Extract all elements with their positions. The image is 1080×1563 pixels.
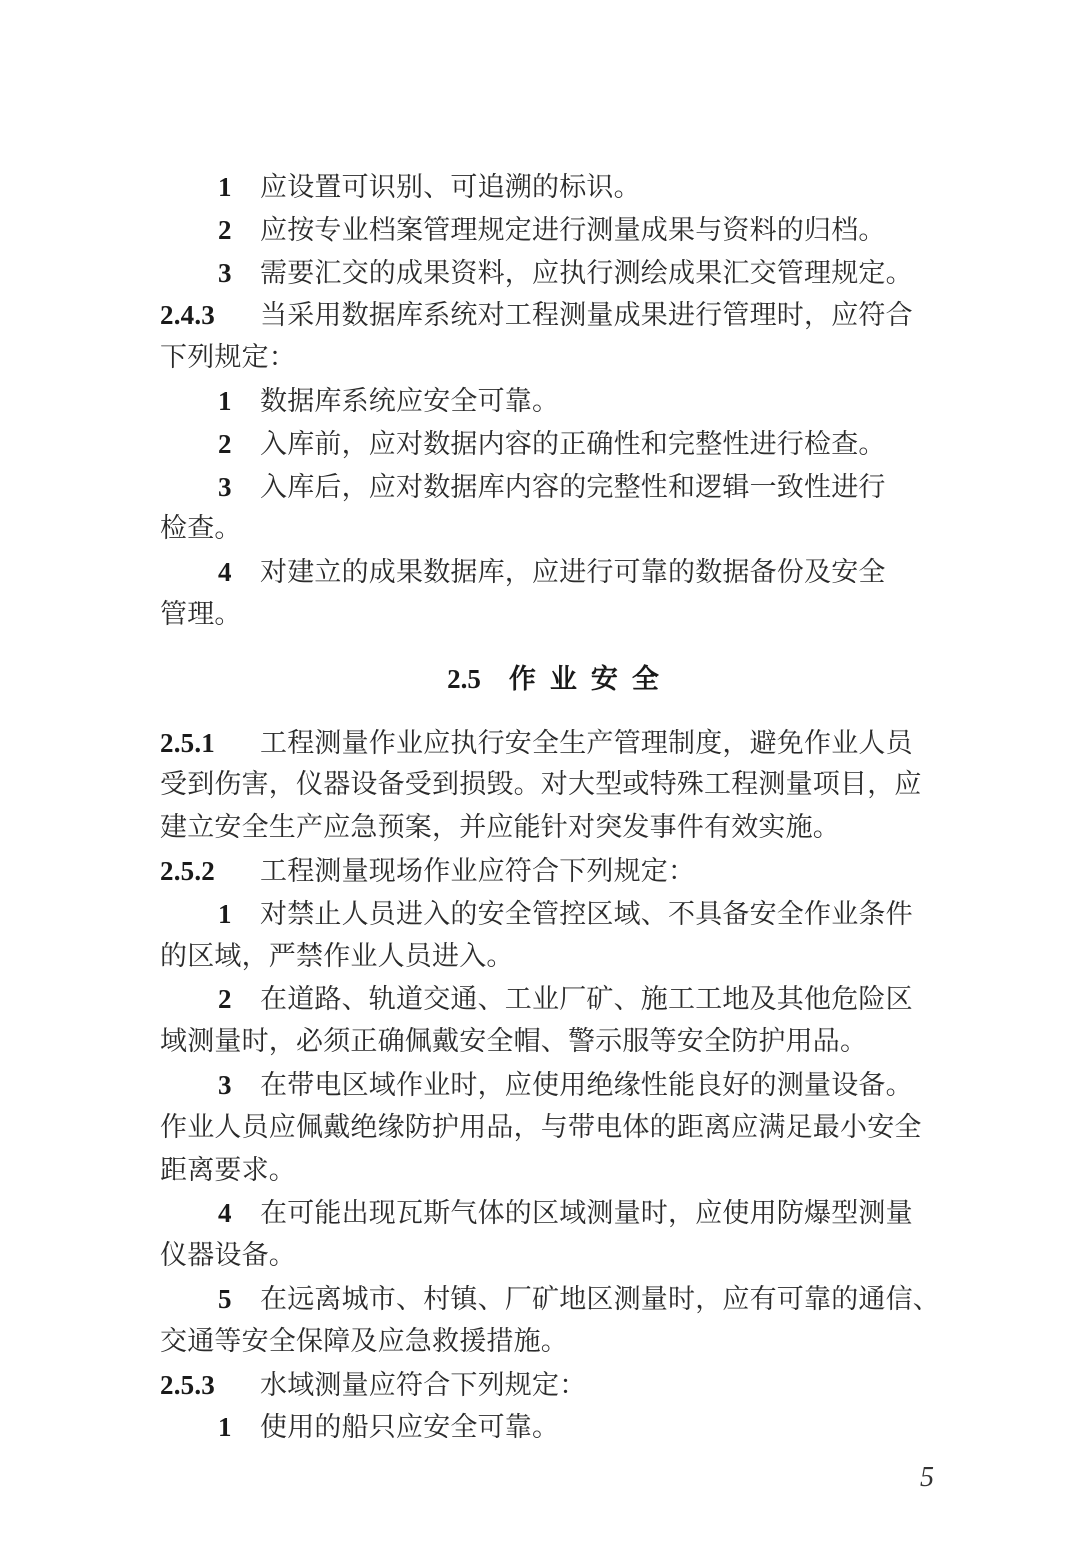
clause-text: 工程测量现场作业应符合下列规定： xyxy=(260,856,695,887)
item-text: 对建立的成果数据库，应进行可靠的数据备份及安全 xyxy=(260,557,886,588)
list-item: 4对建立的成果数据库，应进行可靠的数据备份及安全 xyxy=(160,551,960,594)
item-number: 2 xyxy=(218,209,260,252)
item-text-continued: 检查。 xyxy=(160,508,960,551)
item-text-continued: 交通等安全保障及应急救援措施。 xyxy=(160,1321,960,1364)
section-number: 2.5 xyxy=(447,664,481,694)
list-item: 1数据库系统应安全可靠。 xyxy=(160,380,960,423)
item-number: 1 xyxy=(218,166,260,209)
item-number: 1 xyxy=(218,893,260,936)
clause-2-4-3: 2.4.3当采用数据库系统对工程测量成果进行管理时，应符合 xyxy=(160,294,960,337)
section-heading: 2.5作业安全 xyxy=(160,658,960,701)
list-item: 3入库后，应对数据库内容的完整性和逻辑一致性进行 xyxy=(160,466,960,509)
item-number: 4 xyxy=(218,551,260,594)
clause-number: 2.5.2 xyxy=(160,850,260,893)
item-text: 应设置可识别、可追溯的标识。 xyxy=(260,172,641,203)
clause-number: 2.5.3 xyxy=(160,1364,260,1407)
item-text-continued: 域测量时，必须正确佩戴安全帽、警示服等安全防护用品。 xyxy=(160,1021,960,1064)
item-text: 入库前，应对数据内容的正确性和完整性进行检查。 xyxy=(260,429,886,460)
clause-text: 工程测量作业应执行安全生产管理制度，避免作业人员 xyxy=(260,728,913,759)
clause-text-continued: 受到伤害，仪器设备受到损毁。对大型或特殊工程测量项目，应 xyxy=(160,764,960,807)
clause-text: 水域测量应符合下列规定： xyxy=(260,1370,586,1401)
item-text: 在远离城市、村镇、厂矿地区测量时，应有可靠的通信、 xyxy=(260,1284,940,1315)
list-item: 2在道路、轨道交通、工业厂矿、施工工地及其他危险区 xyxy=(160,978,960,1021)
item-text-continued: 仪器设备。 xyxy=(160,1235,960,1278)
item-text: 在道路、轨道交通、工业厂矿、施工工地及其他危险区 xyxy=(260,984,913,1015)
clause-number: 2.4.3 xyxy=(160,294,260,337)
list-item: 2入库前，应对数据内容的正确性和完整性进行检查。 xyxy=(160,423,960,466)
section-title: 作业安全 xyxy=(509,664,673,695)
item-text: 在带电区域作业时，应使用绝缘性能良好的测量设备。 xyxy=(260,1070,913,1101)
item-number: 2 xyxy=(218,423,260,466)
item-number: 4 xyxy=(218,1192,260,1235)
page-number: 5 xyxy=(920,1462,934,1494)
item-number: 3 xyxy=(218,252,260,295)
item-number: 1 xyxy=(218,380,260,423)
clause-2-5-1: 2.5.1工程测量作业应执行安全生产管理制度，避免作业人员 xyxy=(160,722,960,765)
item-text: 应按专业档案管理规定进行测量成果与资料的归档。 xyxy=(260,215,886,246)
item-number: 2 xyxy=(218,978,260,1021)
item-number: 5 xyxy=(218,1278,260,1321)
clause-2-5-3: 2.5.3水域测量应符合下列规定： xyxy=(160,1364,960,1407)
clause-number: 2.5.1 xyxy=(160,722,260,765)
document-page: 1应设置可识别、可追溯的标识。 2应按专业档案管理规定进行测量成果与资料的归档。… xyxy=(160,166,960,1449)
list-item: 3需要汇交的成果资料，应执行测绘成果汇交管理规定。 xyxy=(160,252,960,295)
item-text: 数据库系统应安全可靠。 xyxy=(260,386,559,417)
item-number: 3 xyxy=(218,466,260,509)
item-text-continued: 管理。 xyxy=(160,594,960,637)
clause-2-5-2: 2.5.2工程测量现场作业应符合下列规定： xyxy=(160,850,960,893)
item-text-continued: 距离要求。 xyxy=(160,1150,960,1193)
list-item: 5在远离城市、村镇、厂矿地区测量时，应有可靠的通信、 xyxy=(160,1278,960,1321)
list-item: 1对禁止人员进入的安全管控区域、不具备安全作业条件 xyxy=(160,893,960,936)
clause-text-continued: 建立安全生产应急预案，并应能针对突发事件有效实施。 xyxy=(160,807,960,850)
list-item: 3在带电区域作业时，应使用绝缘性能良好的测量设备。 xyxy=(160,1064,960,1107)
item-text: 对禁止人员进入的安全管控区域、不具备安全作业条件 xyxy=(260,899,913,930)
item-text-continued: 作业人员应佩戴绝缘防护用品，与带电体的距离应满足最小安全 xyxy=(160,1107,960,1150)
clause-text: 当采用数据库系统对工程测量成果进行管理时，应符合 xyxy=(260,300,913,331)
item-text: 需要汇交的成果资料，应执行测绘成果汇交管理规定。 xyxy=(260,258,913,289)
list-item: 4在可能出现瓦斯气体的区域测量时，应使用防爆型测量 xyxy=(160,1192,960,1235)
item-number: 3 xyxy=(218,1064,260,1107)
item-text: 在可能出现瓦斯气体的区域测量时，应使用防爆型测量 xyxy=(260,1198,913,1229)
item-text: 使用的船只应安全可靠。 xyxy=(260,1412,559,1443)
clause-text-continued: 下列规定： xyxy=(160,337,960,380)
item-number: 1 xyxy=(218,1406,260,1449)
list-item: 2应按专业档案管理规定进行测量成果与资料的归档。 xyxy=(160,209,960,252)
list-item: 1使用的船只应安全可靠。 xyxy=(160,1406,960,1449)
item-text-continued: 的区域，严禁作业人员进入。 xyxy=(160,936,960,979)
item-text: 入库后，应对数据库内容的完整性和逻辑一致性进行 xyxy=(260,472,886,503)
list-item: 1应设置可识别、可追溯的标识。 xyxy=(160,166,960,209)
